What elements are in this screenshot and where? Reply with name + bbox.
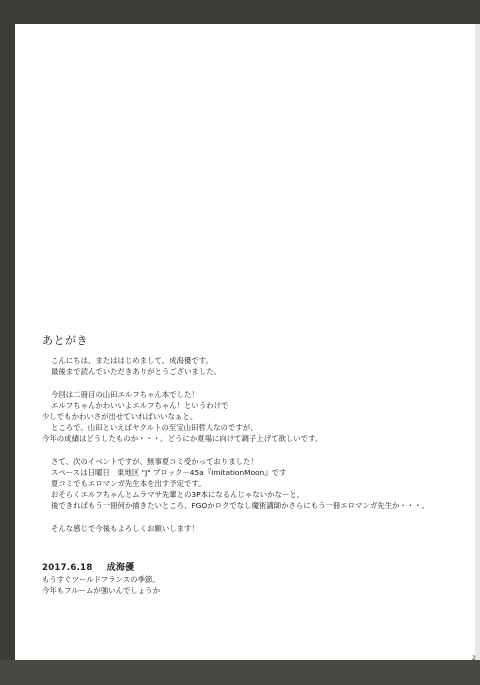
body-line: こんにちは、またははじめまして。成海優です。	[42, 355, 462, 366]
signature-author: 成海優	[107, 563, 135, 573]
body-line: 夏コミでもエロマンガ先生本を出す予定です。	[42, 478, 462, 489]
body-line: さて、次のイベントですが、無事夏コミ受かっておりました！	[42, 456, 462, 467]
signature-block: 2017.6.18成海優 もうすぐツールドフランスの季節。 今年もフルームが強い…	[42, 563, 160, 596]
signature-date-line: 2017.6.18成海優	[42, 563, 160, 574]
signature-date: 2017.6.18	[42, 563, 93, 573]
body-line: スペースは日曜日 東地区 "J" ブロック－45a『ImitationMoon』…	[42, 467, 462, 478]
body-line: 今回は二冊目の山田エルフちゃん本でした！	[42, 389, 462, 400]
paragraph-gap	[42, 445, 462, 456]
paragraph-gap	[42, 377, 462, 388]
body-line: 後できればもう一冊何か描きたいところ、FGOかロクでなし魔術講師かさらにもう一冊…	[42, 500, 462, 511]
body-line: おそらくエルフちゃんとムラマサ先輩との3P本になるんじゃないかなーと。	[42, 489, 462, 500]
afterword-body: こんにちは、またははじめまして。成海優です。 最後まで読んでいただきありがとうご…	[42, 355, 462, 534]
afterword-title: あとがき	[42, 332, 88, 348]
page-edge	[475, 24, 480, 660]
signature-note: もうすぐツールドフランスの季節。	[42, 574, 160, 585]
body-line: 今年の成績はどうしたものか・・・。どうにか夏場に向けて調子上げて欲しいです。	[42, 433, 462, 444]
body-line: 最後まで読んでいただきありがとうございました。	[42, 366, 462, 377]
body-line: エルフちゃんかわいいよエルフちゃん！というわけで	[42, 400, 462, 411]
paragraph-gap	[42, 512, 462, 523]
page-number: 2	[472, 655, 476, 662]
body-line: ところで、山田といえばヤクルトの至宝山田哲人なのですが、	[42, 422, 462, 433]
body-line: そんな感じで今後もよろしくお願いします！	[42, 523, 462, 534]
body-line: 少しでもかわいさが出せていればいいなぁと。	[42, 411, 462, 422]
signature-note: 今年もフルームが強いんでしょうか	[42, 585, 160, 596]
scan-background-strip	[0, 660, 480, 685]
